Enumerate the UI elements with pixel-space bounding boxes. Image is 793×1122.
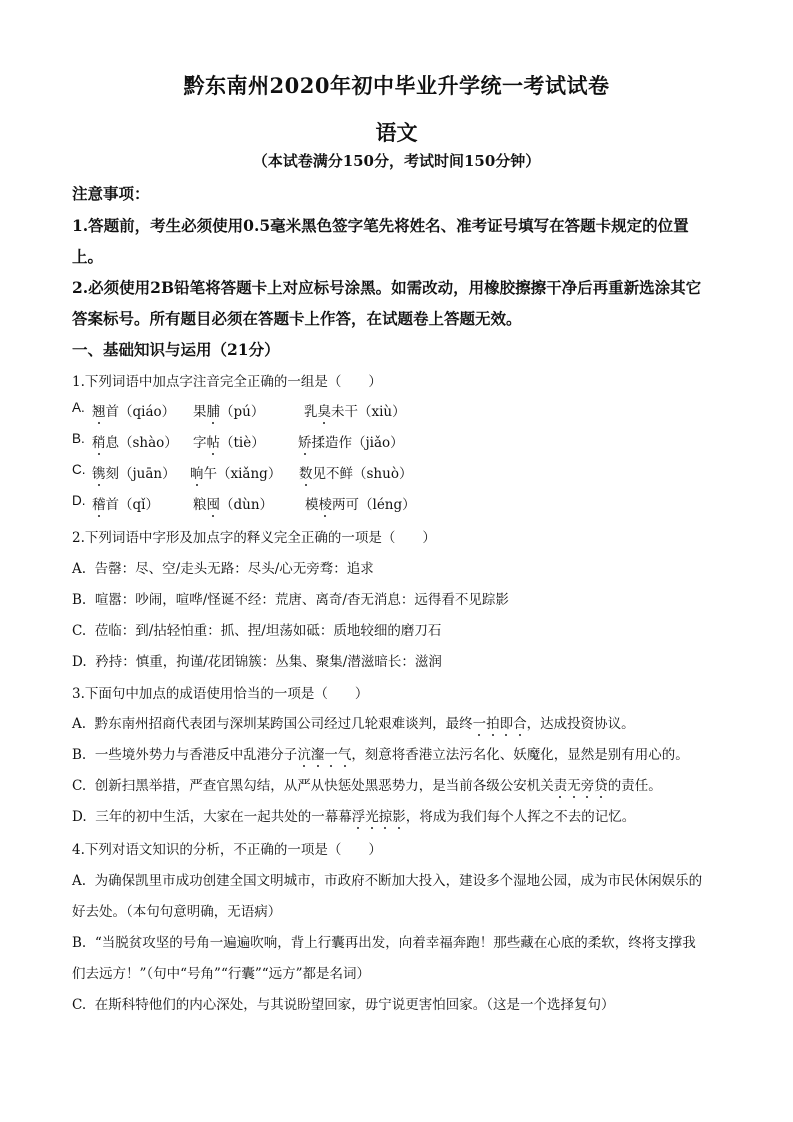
dotted-idiom: 浮光掠影	[352, 809, 406, 825]
option-text: 莅临：到/拈轻怕重：抓、捏/坦荡如砥：质地较细的磨刀石	[95, 623, 442, 639]
option-text: 三年的初中生活，大家在一起共处的一幕幕	[95, 809, 352, 825]
question-3-option-a: A. 黔东南州招商代表团与深圳某跨国公司经过几轮艰难谈判，最终一拍即合，达成投资…	[72, 712, 635, 732]
notice-item-2-line2: 答案标号。所有题目必须在答题卡上作答，在试题卷上答题无效。	[72, 307, 522, 329]
option-item: 稍息（shào）	[92, 431, 178, 451]
item-char: 模	[305, 497, 319, 513]
question-4-option-c: C. 在斯科特他们的内心深处，与其说盼望回家，毋宁说更害怕回家。（这是一个选择复…	[72, 993, 614, 1013]
option-item: 字帖（tiè）	[193, 431, 265, 451]
dotted-char: 镌	[92, 462, 106, 482]
notice-item-2-line1: 2.必须使用2B铅笔将答题卡上对应标号涂黑。如需改动，用橡胶擦擦干净后再重新选涂…	[72, 276, 701, 298]
question-3-option-d: D. 三年的初中生活，大家在一起共处的一幕幕浮光掠影，将成为我们每个人挥之不去的…	[72, 805, 635, 825]
option-item: 晌午（xiǎng）	[190, 462, 281, 482]
item-rest: （pú）	[220, 404, 264, 420]
dotted-char: 臭	[318, 400, 332, 420]
item-rest: 息（shào）	[106, 435, 178, 451]
option-text: ，将成为我们每个人挥之不去的记忆。	[406, 809, 636, 825]
dotted-idiom: 责无旁贷	[554, 778, 608, 794]
option-label: B.	[72, 747, 86, 763]
item-char: 果	[193, 404, 207, 420]
option-text: 创新扫黑举措，严查官黑勾结，从严从快惩处黑恶势力，是当前各级公安机关	[95, 778, 554, 794]
option-text: 告罄：尽、空/走头无路：尽头/心无旁骛：追求	[95, 561, 374, 577]
dotted-char: 矫	[298, 431, 312, 451]
dotted-char: 晌	[190, 462, 204, 482]
item-char: 粮	[193, 497, 207, 513]
score-info: （本试卷满分150分，考试时间150分钟）	[0, 150, 793, 171]
option-item: 翘首（qiáo）	[92, 400, 175, 420]
item-rest: 见不鲜（shuò）	[313, 466, 413, 482]
notice-heading: 注意事项：	[72, 182, 150, 204]
option-label: D.	[72, 654, 87, 670]
option-item: 矫揉造作（jiǎo）	[298, 431, 404, 451]
option-label: B.	[72, 431, 85, 446]
option-text: 喧嚣：吵闹，喧哗/怪诞不经：荒唐、离奇/杳无消息：远得看不见踪影	[95, 592, 509, 608]
question-2-option-d: D. 矜持：慎重，拘谨/花团锦簇：丛集、聚集/潜滋暗长：滋润	[72, 650, 442, 670]
question-4-option-b-line2: 们去远方！”（句中“号角”“行囊”“远方”都是名词）	[72, 962, 370, 982]
dotted-char: 脯	[207, 400, 221, 420]
exam-title: 黔东南州2020年初中毕业升学统一考试试卷	[0, 70, 793, 100]
option-label: C.	[72, 462, 86, 477]
dotted-char: 数	[299, 462, 313, 482]
option-item: 果脯（pú）	[193, 400, 264, 420]
notice-item-1-line1: 1.答题前，考生必须使用0.5毫米黑色签字笔先将姓名、准考证号填写在答题卡规定的…	[72, 214, 689, 236]
option-text: 为确保凯里市成功创建全国文明城市，市政府不断加大投入，建设多个湿地公园，成为市民…	[95, 873, 703, 889]
question-4-stem: 4.下列对语文知识的分析，不正确的一项是（ ）	[72, 838, 382, 858]
item-rest: （dùn）	[220, 497, 273, 513]
option-label: C.	[72, 623, 86, 639]
option-label: C.	[72, 997, 86, 1013]
option-label: C.	[72, 778, 86, 794]
question-3-option-c: C. 创新扫黑举措，严查官黑勾结，从严从快惩处黑恶势力，是当前各级公安机关责无旁…	[72, 774, 662, 794]
item-rest: 未干（xiù）	[331, 404, 406, 420]
item-rest: （tiè）	[220, 435, 265, 451]
item-char: 乳	[304, 404, 318, 420]
option-label: A.	[72, 561, 86, 577]
option-label: B.	[72, 935, 86, 951]
option-item: 粮囤（dùn）	[193, 493, 273, 513]
question-2-stem: 2.下列词语中字形及加点字的释义完全正确的一项是（ ）	[72, 526, 436, 546]
exam-subject: 语文	[0, 117, 793, 147]
item-rest: 首（qǐ）	[106, 497, 159, 513]
question-2-option-b: B. 喧嚣：吵闹，喧哗/怪诞不经：荒唐、离奇/杳无消息：远得看不见踪影	[72, 588, 509, 608]
question-4-option-b-line1: B. “当脱贫攻坚的号角一遍遍吹响，背上行囊再出发，向着幸福奔跑！那些藏在心底的…	[72, 931, 696, 951]
item-rest: 两可（léng）	[332, 497, 416, 513]
item-rest: 午（xiǎng）	[204, 466, 282, 482]
question-3-stem: 3.下面句中加点的成语使用恰当的一项是（ ）	[72, 682, 368, 702]
dotted-idiom: 一拍即合	[473, 716, 527, 732]
dotted-char: 稽	[92, 493, 106, 513]
option-text: “当脱贫攻坚的号角一遍遍吹响，背上行囊再出发，向着幸福奔跑！那些藏在心底的柔软，…	[95, 935, 696, 951]
question-2-option-c: C. 莅临：到/拈轻怕重：抓、捏/坦荡如砥：质地较细的磨刀石	[72, 619, 441, 639]
section-heading: 一、基础知识与运用（21分）	[72, 338, 280, 360]
option-label: D.	[72, 493, 86, 508]
option-item: 镌刻（juān）	[92, 462, 176, 482]
dotted-idiom: 沆瀣一气	[297, 747, 351, 763]
option-text: 的责任。	[608, 778, 662, 794]
dotted-char: 稍	[92, 431, 106, 451]
option-label: A.	[72, 873, 86, 889]
dotted-char: 囤	[207, 493, 221, 513]
question-2-option-a: A. 告罄：尽、空/走头无路：尽头/心无旁骛：追求	[72, 557, 374, 577]
exam-page: 黔东南州2020年初中毕业升学统一考试试卷 语文 （本试卷满分150分，考试时间…	[0, 0, 793, 1122]
option-text: 一些境外势力与香港反中乱港分子	[95, 747, 298, 763]
option-label: A.	[72, 716, 86, 732]
notice-item-1-line2: 上。	[72, 245, 103, 267]
option-label: A.	[72, 400, 85, 415]
dotted-char: 棱	[319, 493, 333, 513]
option-text: 黔东南州招商代表团与深圳某跨国公司经过几轮艰难谈判，最终	[95, 716, 473, 732]
dotted-char: 帖	[207, 431, 221, 451]
option-item: 数见不鲜（shuò）	[299, 462, 412, 482]
item-rest: 刻（juān）	[106, 466, 176, 482]
option-item: 乳臭未干（xiù）	[304, 400, 406, 420]
dotted-char: 翘	[92, 400, 106, 420]
question-3-option-b: B. 一些境外势力与香港反中乱港分子沆瀣一气，刻意将香港立法污名化、妖魔化，显然…	[72, 743, 689, 763]
option-item: 模棱两可（léng）	[305, 493, 416, 513]
item-rest: 首（qiáo）	[106, 404, 176, 420]
option-text: 矜持：慎重，拘谨/花团锦簇：丛集、聚集/潜滋暗长：滋润	[95, 654, 442, 670]
question-4-option-a-line1: A. 为确保凯里市成功创建全国文明城市，市政府不断加大投入，建设多个湿地公园，成…	[72, 869, 702, 889]
option-label: D.	[72, 809, 87, 825]
question-4-option-a-line2: 好去处。（本句句意明确，无语病）	[72, 900, 281, 920]
question-1-stem: 1.下列词语中加点字注音完全正确的一组是（ ）	[72, 370, 382, 390]
option-label: B.	[72, 592, 86, 608]
option-text: 在斯科特他们的内心深处，与其说盼望回家，毋宁说更害怕回家。（这是一个选择复句）	[95, 997, 615, 1013]
option-item: 稽首（qǐ）	[92, 493, 159, 513]
item-char: 字	[193, 435, 207, 451]
option-text: ，达成投资协议。	[527, 716, 635, 732]
item-rest: 揉造作（jiǎo）	[312, 435, 404, 451]
option-text: ，刻意将香港立法污名化、妖魔化，显然是别有用心的。	[351, 747, 689, 763]
